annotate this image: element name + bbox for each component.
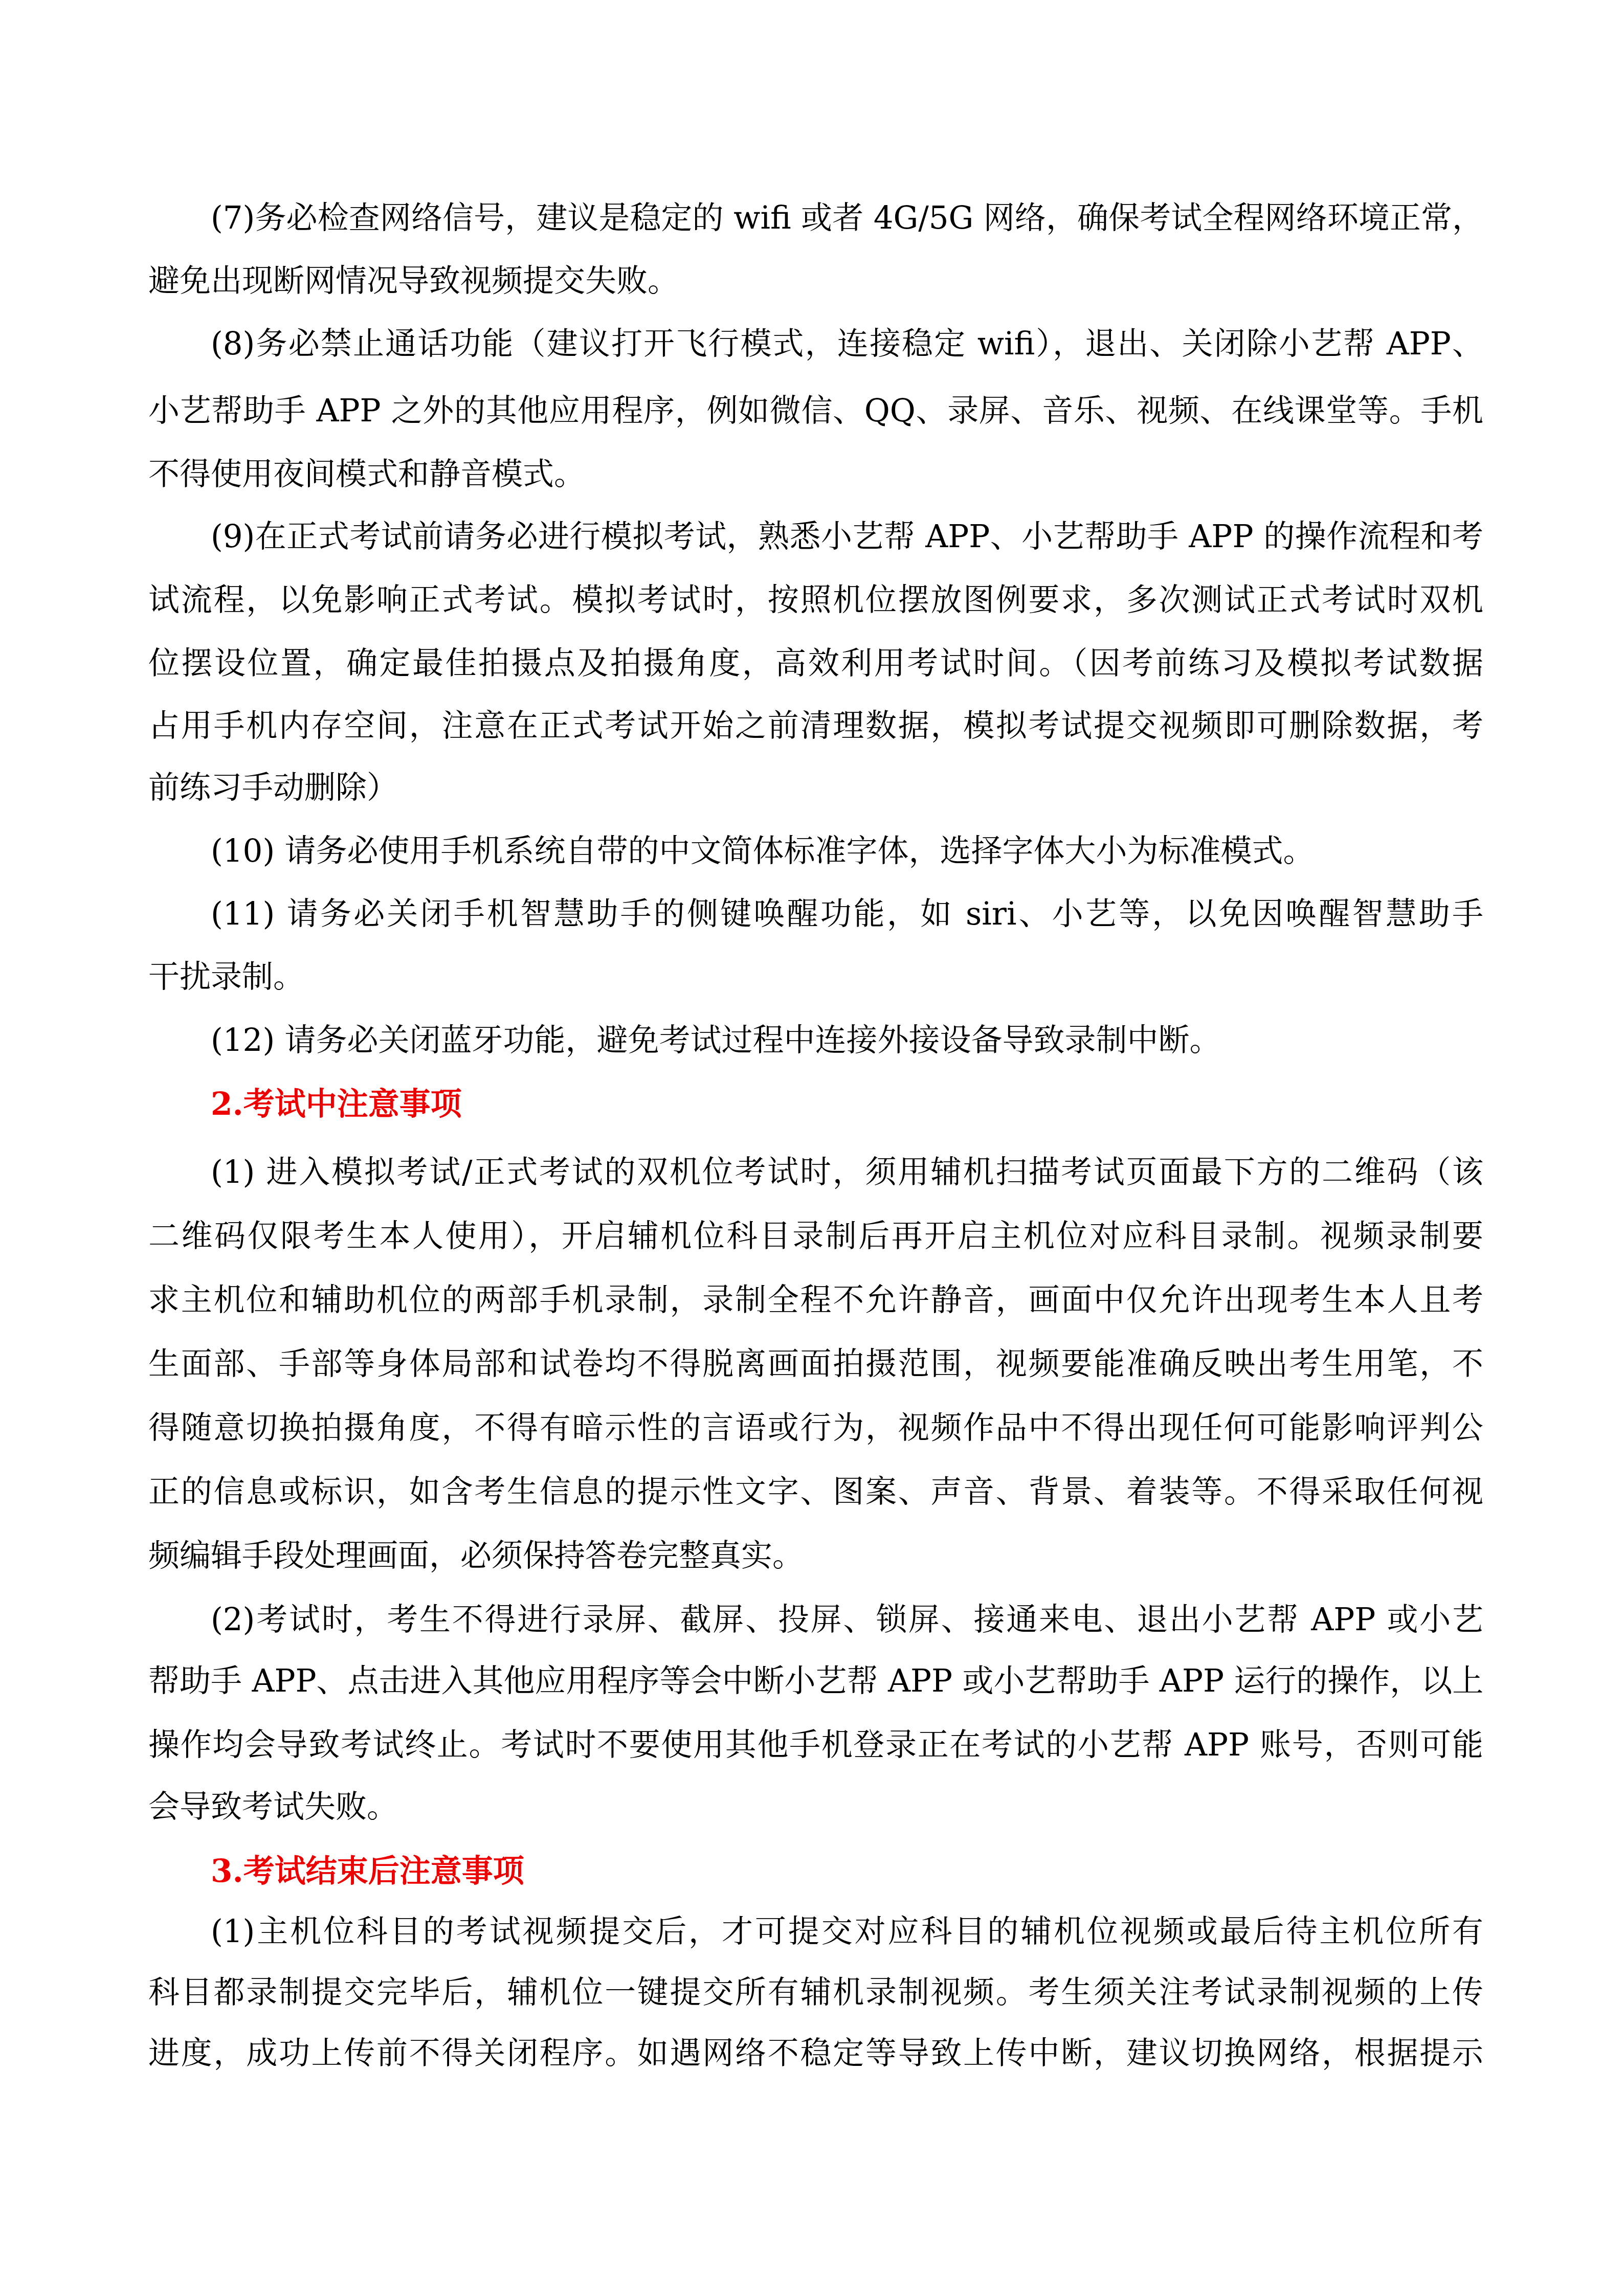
paragraph-line: (8)务必禁止通话功能（建议打开飞行模式，连接稳定 wifi），退出、关闭除小艺… [211,324,1483,365]
paragraph-line: 求主机位和辅助机位的两部手机录制，录制全程不允许静音，画面中仅允许出现考生本人且… [148,1280,1483,1321]
paragraph-line: 频编辑手段处理画面，必须保持答卷完整真实。 [148,1536,1483,1577]
paragraph-line: 不得使用夜间模式和静音模式。 [148,454,1483,495]
paragraph-line: (10) 请务必使用手机系统自带的中文简体标准字体，选择字体大小为标准模式。 [211,831,1483,872]
paragraph-line: 帮助手 APP、点击进入其他应用程序等会中断小艺帮 APP 或小艺帮助手 APP… [148,1661,1483,1702]
paragraph-line: 小艺帮助手 APP 之外的其他应用程序，例如微信、QQ、录屏、音乐、视频、在线课… [148,391,1483,432]
paragraph-line: (2)考试时，考生不得进行录屏、截屏、投屏、锁屏、接通来电、退出小艺帮 APP … [211,1600,1483,1640]
paragraph-line: (9)在正式考试前请务必进行模拟考试，熟悉小艺帮 APP、小艺帮助手 APP 的… [211,516,1483,557]
document-page: (7)务必检查网络信号，建议是稳定的 wifi 或者 4G/5G 网络，确保考试… [0,0,1624,2296]
paragraph-line: 干扰录制。 [148,957,1483,998]
paragraph-line: 生面部、手部等身体局部和试卷均不得脱离画面拍摄范围，视频要能准确反映出考生用笔，… [148,1344,1483,1385]
paragraph-line: 操作均会导致考试终止。考试时不要使用其他手机登录正在考试的小艺帮 APP 账号，… [148,1725,1483,1766]
paragraph-line: (11) 请务必关闭手机智慧助手的侧键唤醒功能，如 siri、小艺等，以免因唤醒… [211,894,1483,935]
paragraph-line: 正的信息或标识，如含考生信息的提示性文字、图案、声音、背景、着装等。不得采取任何… [148,1472,1483,1513]
paragraph-line: 位摆设位置，确定最佳拍摄点及拍摄角度，高效利用考试时间。（因考前练习及模拟考试数… [148,643,1483,684]
paragraph-line: 科目都录制提交完毕后，辅机位一键提交所有辅机录制视频。考生须关注考试录制视频的上… [148,1972,1483,2013]
paragraph-line: (7)务必检查网络信号，建议是稳定的 wifi 或者 4G/5G 网络，确保考试… [211,198,1483,239]
paragraph-line: 会导致考试失败。 [148,1787,1483,1828]
paragraph-line: 避免出现断网情况导致视频提交失败。 [148,261,1483,302]
paragraph-line: 二维码仅限考生本人使用），开启辅机位科目录制后再开启主机位对应科目录制。视频录制… [148,1216,1483,1257]
paragraph-line: 前练习手动删除） [148,768,1483,808]
paragraph-line: (1)主机位科目的考试视频提交后，才可提交对应科目的辅机位视频或最后待主机位所有 [211,1911,1483,1952]
section-heading: 2.考试中注意事项 [211,1084,1483,1125]
paragraph-line: (1) 进入模拟考试/正式考试的双机位考试时，须用辅机扫描考试页面最下方的二维码… [211,1152,1483,1193]
section-heading: 3.考试结束后注意事项 [211,1851,1483,1892]
paragraph-line: 得随意切换拍摄角度，不得有暗示性的言语或行为，视频作品中不得出现任何可能影响评判… [148,1408,1483,1449]
paragraph-line: 进度，成功上传前不得关闭程序。如遇网络不稳定等导致上传中断，建议切换网络，根据提… [148,2033,1483,2074]
paragraph-line: (12) 请务必关闭蓝牙功能，避免考试过程中连接外接设备导致录制中断。 [211,1020,1483,1061]
paragraph-line: 占用手机内存空间，注意在正式考试开始之前清理数据，模拟考试提交视频即可删除数据，… [148,706,1483,747]
paragraph-line: 试流程，以免影响正式考试。模拟考试时，按照机位摆放图例要求，多次测试正式考试时双… [148,580,1483,621]
